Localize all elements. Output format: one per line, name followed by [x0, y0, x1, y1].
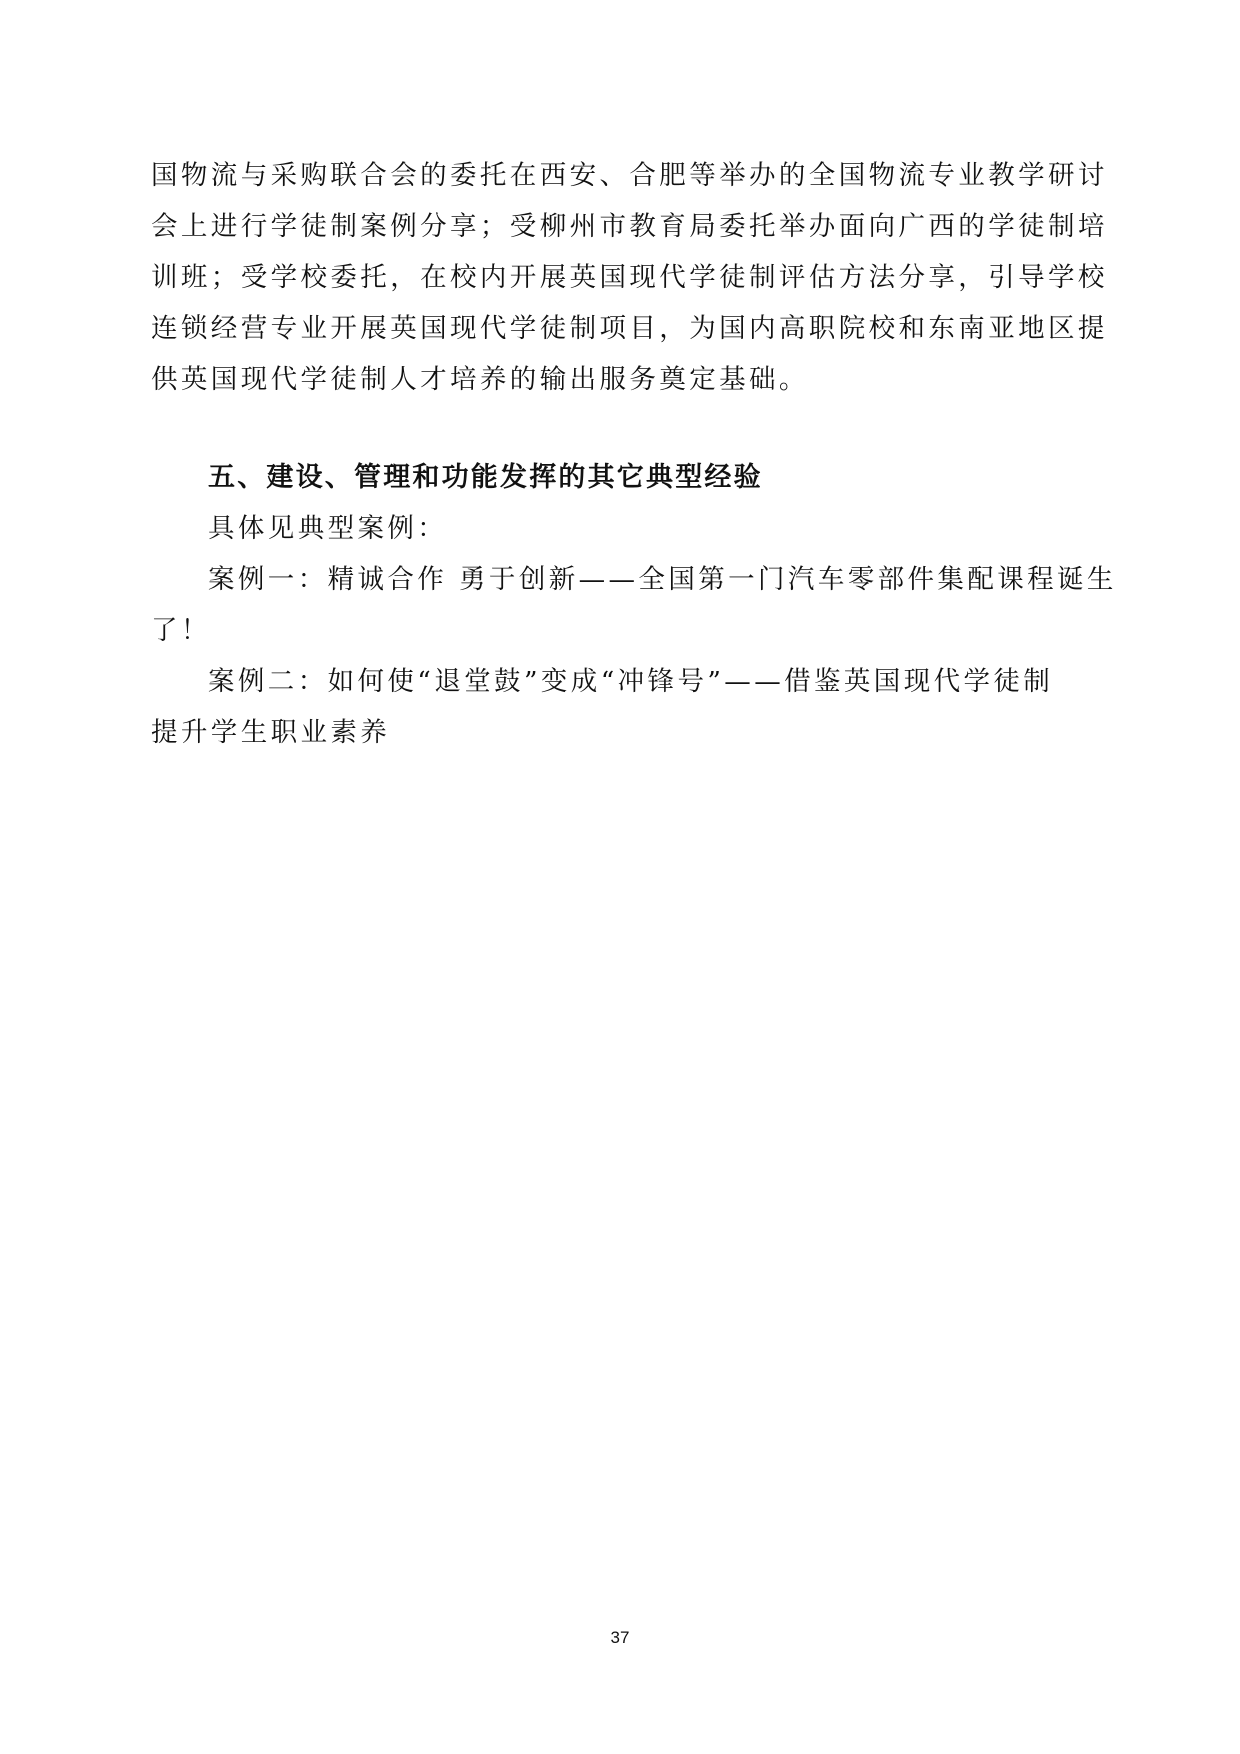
case-1-title: 案例一：精诚合作 勇于创新——全国第一门汽车零部件集配课程诞生 [208, 563, 1093, 597]
case-2-title-cont: 提升学生职业素养 [151, 716, 1091, 750]
paragraph-line: 供英国现代学徒制人才培养的输出服务奠定基础。 [151, 363, 1091, 397]
paragraph-line: 训班；受学校委托，在校内开展英国现代学徒制评估方法分享，引导学校 [151, 261, 1091, 295]
section-intro: 具体见典型案例： [208, 512, 1093, 546]
case-2-title: 案例二：如何使“退堂鼓”变成“冲锋号”——借鉴英国现代学徒制 [208, 665, 1093, 699]
case-1-title-cont: 了！ [151, 614, 1091, 648]
page-number: 37 [0, 1628, 1240, 1648]
paragraph-line: 国物流与采购联合会的委托在西安、合肥等举办的全国物流专业教学研讨 [151, 159, 1091, 193]
paragraph-line: 连锁经营专业开展英国现代学徒制项目，为国内高职院校和东南亚地区提 [151, 312, 1091, 346]
document-page: 国物流与采购联合会的委托在西安、合肥等举办的全国物流专业教学研讨 会上进行学徒制… [0, 0, 1240, 1754]
section-heading: 五、建设、管理和功能发挥的其它典型经验 [208, 461, 1093, 495]
paragraph-line: 会上进行学徒制案例分享；受柳州市教育局委托举办面向广西的学徒制培 [151, 210, 1091, 244]
